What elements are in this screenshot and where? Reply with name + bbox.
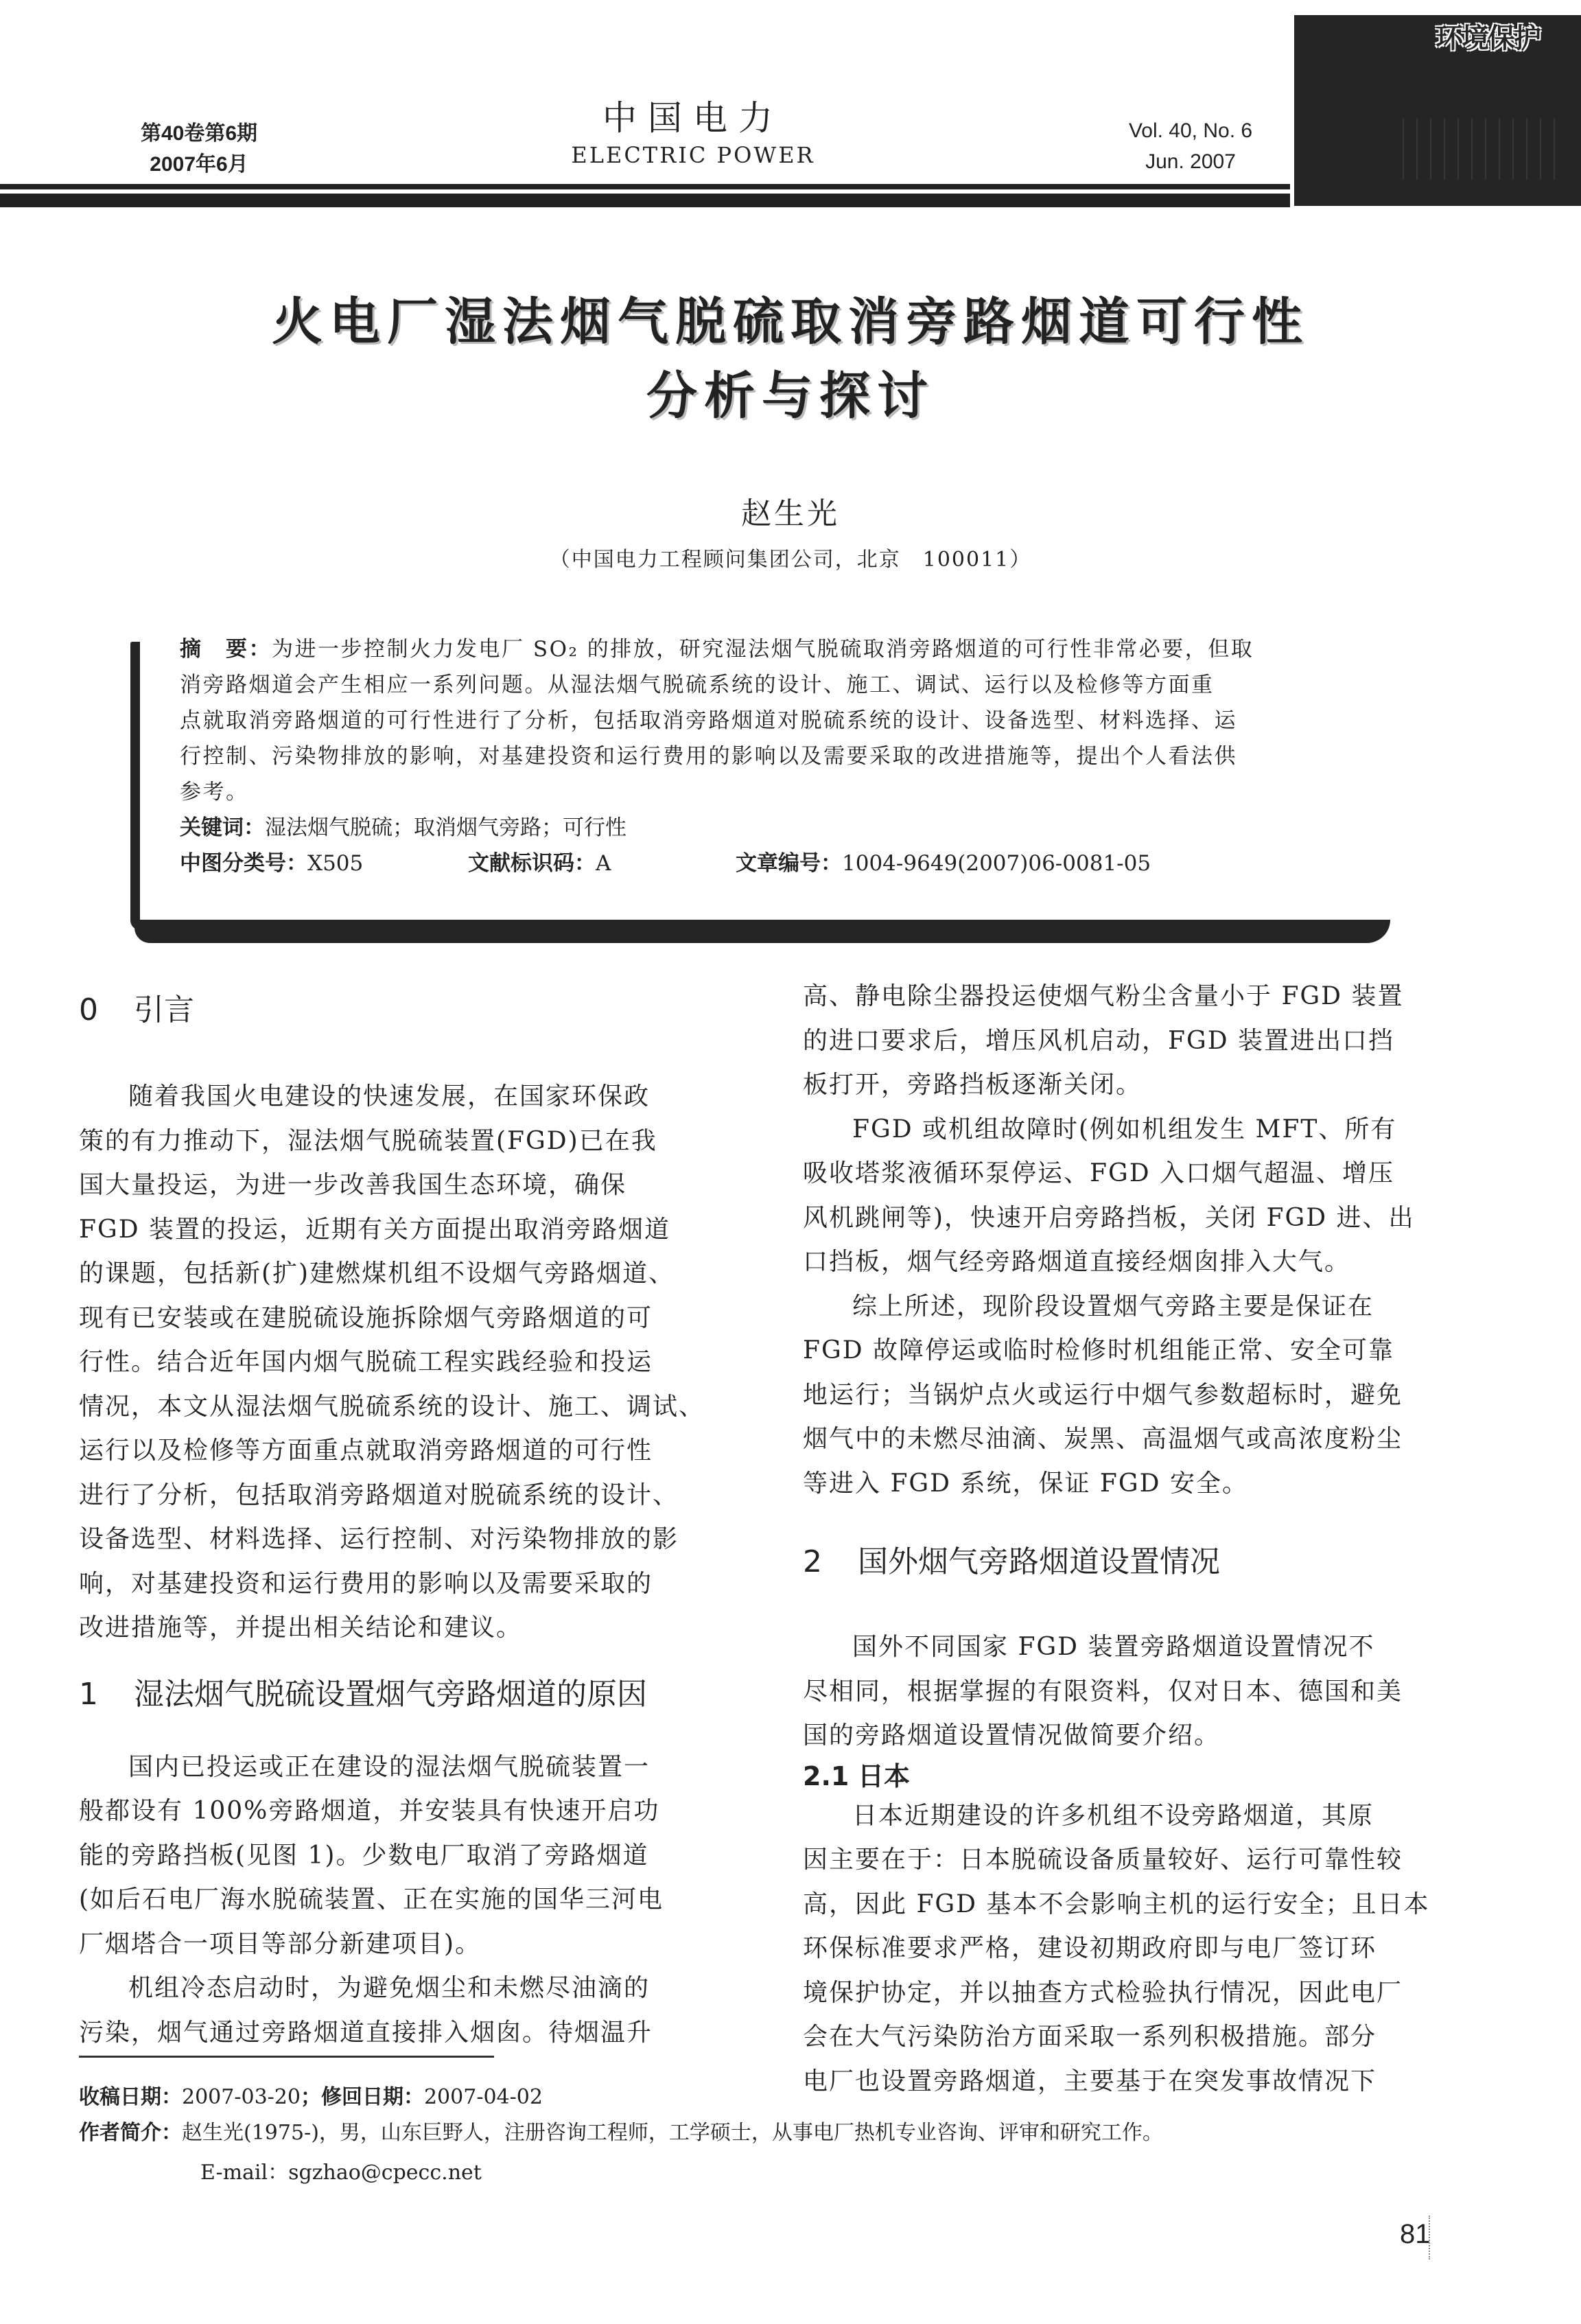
article-title-line2: 分析与探讨 — [0, 359, 1581, 433]
abstract-line: 参考。 — [180, 774, 1381, 810]
author-affiliation: （中国电力工程顾问集团公司，北京 100011） — [0, 542, 1581, 572]
date-cn: 2007年6月 — [110, 149, 288, 180]
issue-info-cn: 第40卷第6期 2007年6月 — [110, 118, 288, 180]
paragraph-sec1-2: 机组冷态启动时，为避免烟尘和未燃尽油滴的 污染，烟气通过旁路烟道直接排入烟囱。待… — [79, 1966, 765, 2055]
section-heading-0: 0引言 — [79, 988, 765, 1032]
paragraph-sec1-1: 国内已投运或正在建设的湿法烟气脱硫装置一 般都设有 100%旁路烟道，并安装具有… — [79, 1745, 765, 1967]
body-column-left: 0引言 随着我国火电建设的快速发展，在国家环保政 策的有力推动下，湿法烟气脱硫装… — [79, 988, 765, 2055]
footnote-dates: 收稿日期：2007-03-20；修回日期：2007-04-02 — [79, 2080, 1163, 2115]
page-number: 81 — [1400, 2219, 1431, 2250]
journal-masthead: 中国电力 ELECTRIC POWER — [508, 96, 878, 170]
footnote: 收稿日期：2007-03-20；修回日期：2007-04-02 作者简介：赵生光… — [79, 2080, 1163, 2151]
article-no-label: 文章编号： — [736, 846, 842, 881]
abstract-line: 摘 要：为进一步控制火力发电厂 SO₂ 的排放，研究湿法烟气脱硫取消旁路烟道的可… — [180, 631, 1381, 667]
section-heading-2: 2国外烟气旁路烟道设置情况 — [803, 1540, 1489, 1584]
date-en: Jun. 2007 — [1112, 146, 1269, 177]
author-name: 赵生光 — [0, 489, 1581, 533]
journal-name-en: ELECTRIC POWER — [508, 140, 878, 170]
abstract-line: 消旁路烟道会产生相应一系列问题。从湿法烟气脱硫系统的设计、施工、调试、运行以及检… — [180, 667, 1381, 703]
abstract-frame-bottom — [134, 920, 1390, 943]
bio-label: 作者简介： — [79, 2121, 182, 2145]
section-tab-texture — [1390, 118, 1555, 180]
doc-code-value: A — [596, 846, 611, 881]
footnote-rule — [79, 2056, 494, 2058]
header-rule-thin — [0, 184, 1290, 189]
section-heading-1: 1湿法烟气脱硫设置烟气旁路烟道的原因 — [79, 1673, 765, 1717]
paragraph-summary: 综上所述，现阶段设置烟气旁路主要是保证在 FGD 故障停运或临时检修时机组能正常… — [803, 1285, 1489, 1507]
paragraph-japan: 日本近期建设的许多机组不设旁路烟道，其原 因主要在于：日本脱硫设备质量较好、运行… — [803, 1794, 1489, 2104]
abstract-block: 摘 要：为进一步控制火力发电厂 SO₂ 的排放，研究湿法烟气脱硫取消旁路烟道的可… — [180, 631, 1381, 881]
paragraph-continued: 高、静电除尘器投运使烟气粉尘含量小于 FGD 装置 的进口要求后，增压风机启动，… — [803, 975, 1489, 1108]
section-tab-label: 环境保护 — [1436, 16, 1540, 56]
header-rule-thick — [0, 194, 1290, 207]
revised-label: ；修回日期： — [301, 2085, 424, 2109]
issue-info-en: Vol. 40, No. 6 Jun. 2007 — [1112, 115, 1269, 177]
journal-name-cn: 中国电力 — [508, 96, 878, 140]
abstract-frame-tip — [1339, 921, 1391, 939]
received-label: 收稿日期： — [79, 2085, 182, 2109]
volume-issue-en: Vol. 40, No. 6 — [1112, 115, 1269, 146]
clc-value: X505 — [307, 846, 363, 881]
keywords-value: 湿法烟气脱硫；取消烟气旁路；可行性 — [265, 810, 626, 846]
subsection-heading-2-1: 2.1日本 — [803, 1758, 1489, 1794]
volume-issue-cn: 第40卷第6期 — [110, 118, 288, 149]
article-title-line1: 火电厂湿法烟气脱硫取消旁路烟道可行性 — [0, 285, 1581, 359]
keywords-row: 关键词：湿法烟气脱硫；取消烟气旁路；可行性 — [180, 810, 1381, 846]
paragraph-sec2: 国外不同国家 FGD 装置旁路烟道设置情况不 尽相同，根据掌握的有限资料，仅对日… — [803, 1625, 1489, 1758]
footnote-bio: 作者简介：赵生光(1975-)，男，山东巨野人，注册咨询工程师，工学硕士，从事电… — [79, 2115, 1163, 2151]
doc-code-label: 文献标识码： — [468, 846, 596, 881]
author-email[interactable]: E-mail：sgzhao@cpecc.net — [200, 2155, 482, 2191]
section-tab: 环境保护 — [1294, 15, 1581, 206]
abstract-frame-left — [130, 642, 140, 930]
article-title: 火电厂湿法烟气脱硫取消旁路烟道可行性 分析与探讨 — [0, 285, 1581, 433]
body-column-right: 高、静电除尘器投运使烟气粉尘含量小于 FGD 装置 的进口要求后，增压风机启动，… — [803, 975, 1489, 2104]
paragraph-intro: 随着我国火电建设的快速发展，在国家环保政 策的有力推动下，湿法烟气脱硫装置(FG… — [79, 1075, 765, 1651]
keywords-label: 关键词： — [180, 810, 265, 846]
bio-text: 赵生光(1975-)，男，山东巨野人，注册咨询工程师，工学硕士，从事电厂热机专业… — [182, 2121, 1163, 2145]
clc-label: 中图分类号： — [180, 846, 307, 881]
abstract-line: 行控制、污染物排放的影响，对基建投资和运行费用的影响以及需要采取的改进措施等，提… — [180, 739, 1381, 774]
article-no-value: 1004-9649(2007)06-0081-05 — [842, 846, 1151, 881]
abstract-line: 点就取消旁路烟道的可行性进行了分析，包括取消旁路烟道对脱硫系统的设计、设备选型、… — [180, 703, 1381, 739]
received-date: 2007-03-20 — [182, 2085, 301, 2109]
abstract-label: 摘 要： — [180, 637, 272, 662]
page-number-rule — [1429, 2216, 1431, 2259]
revised-date: 2007-04-02 — [424, 2085, 543, 2109]
paragraph-fault: FGD 或机组故障时(例如机组发生 MFT、所有 吸收塔浆液循环泵停运、FGD … — [803, 1108, 1489, 1285]
classification-row: 中图分类号：X505文献标识码：A文章编号：1004-9649(2007)06-… — [180, 846, 1381, 881]
